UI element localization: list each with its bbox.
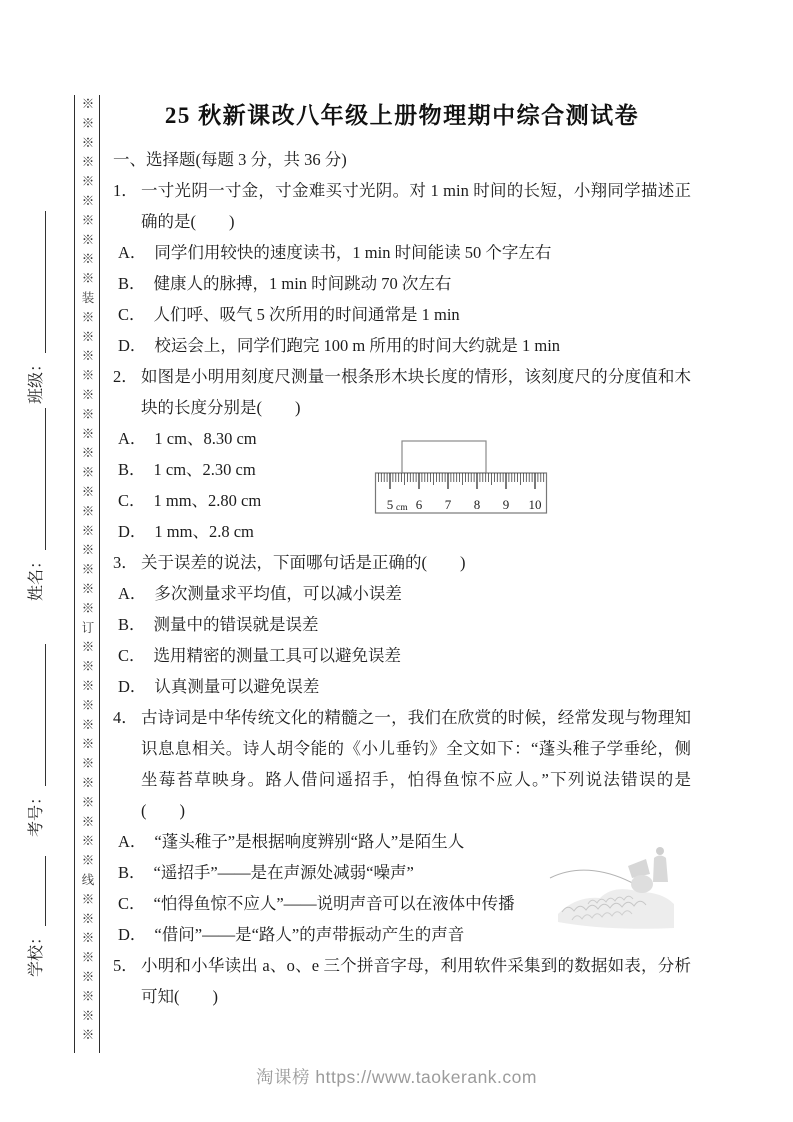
option-text: 1 cm、8.30 cm [154,429,256,448]
footer-watermark: 淘课榜 https://www.taokerank.com [0,1064,793,1089]
svg-text:9: 9 [503,497,510,512]
question-stem-row: 4．古诗词是中华传统文化的精髓之一，我们在欣赏的时候，经常发现与物理知识息息相关… [113,702,691,826]
option-letter: B． [118,460,146,479]
option-text: 选用精密的测量工具可以避免误差 [154,646,402,665]
options-list: A．“蓬头稚子”是根据响度辨别“路人”是陌生人B．“遥招手”——是在声源处减弱“… [118,826,691,950]
option-letter: A． [118,832,146,851]
option-text: 健康人的脉搏，1 min 时间跳动 70 次左右 [154,274,452,293]
question-stem: 关于误差的说法，下面哪句话是正确的( ) [141,547,691,578]
question-stem-row: 3．关于误差的说法，下面哪句话是正确的( ) [113,547,691,578]
exam-title: 25 秋新课改八年级上册物理期中综合测试卷 [113,100,691,131]
svg-text:cm: cm [396,503,408,513]
option-row: D．校运会上，同学们跑完 100 m 所用的时间大约就是 1 min [118,330,691,361]
question-number: 4． [113,702,141,826]
option-text: “借问”——是“路人”的声带振动产生的声音 [154,925,464,944]
option-letter: A． [118,584,146,603]
question-stem: 小明和小华读出 a、o、e 三个拼音字母，利用软件采集到的数据如表，分析可知( … [141,950,691,1012]
option-text: 校运会上，同学们跑完 100 m 所用的时间大约就是 1 min [154,336,560,355]
question-stem: 一寸光阴一寸金，寸金难买寸光阴。对 1 min 时间的长短，小翔同学描述正确的是… [141,175,691,237]
fill-in-blank-line [29,856,46,926]
option-letter: D． [118,925,146,944]
question-number: 5． [113,950,141,1012]
option-text: 认真测量可以避免误差 [154,677,319,696]
student-field: 学校： [26,856,46,977]
option-letter: D． [118,522,146,541]
option-letter: D． [118,336,146,355]
question-stem: 古诗词是中华传统文化的精髓之一，我们在欣赏的时候，经常发现与物理知识息息相关。诗… [141,702,691,826]
student-field: 班级： [26,211,46,404]
question-stem-row: 1．一寸光阴一寸金，寸金难买寸光阴。对 1 min 时间的长短，小翔同学描述正确… [113,175,691,237]
student-field-label: 考号： [23,789,46,837]
fill-in-blank-line [29,408,46,550]
option-text: 多次测量求平均值，可以减小误差 [154,584,402,603]
option-text: 测量中的错误就是误差 [154,615,319,634]
option-text: 同学们用较快的速度读书，1 min 时间能读 50 个字左右 [154,243,551,262]
question: 4．古诗词是中华传统文化的精髓之一，我们在欣赏的时候，经常发现与物理知识息息相关… [113,702,691,950]
svg-text:7: 7 [445,497,452,512]
option-letter: C． [118,894,146,913]
option-row: A．多次测量求平均值，可以减小误差 [118,578,691,609]
svg-text:10: 10 [529,497,542,512]
exam-paper: 25 秋新课改八年级上册物理期中综合测试卷 一、选择题(每题 3 分，共 36 … [113,100,691,1012]
ruler-figure: 5678910cm [374,437,552,522]
seal-line-text: ※※※※※※※※※※装※※※※※※※※※※※※※※※※订※※※※※※※※※※※※… [78,97,96,1053]
svg-text:8: 8 [474,497,481,512]
option-letter: C． [118,305,146,324]
question-stem-row: 2．如图是小明用刻度尺测量一根条形木块长度的情形，该刻度尺的分度值和木块的长度分… [113,361,691,423]
svg-text:5: 5 [387,497,394,512]
option-text: 1 cm、2.30 cm [154,460,256,479]
option-row: C．选用精密的测量工具可以避免误差 [118,640,691,671]
section-heading: 一、选择题(每题 3 分，共 36 分) [113,144,691,175]
student-field-label: 班级： [23,356,46,404]
option-row: B．健康人的脉搏，1 min 时间跳动 70 次左右 [118,268,691,299]
question-number: 3． [113,547,141,578]
option-text: “怕得鱼惊不应人”——说明声音可以在液体中传播 [154,894,515,913]
option-letter: B． [118,274,146,293]
option-row: A．同学们用较快的速度读书，1 min 时间能读 50 个字左右 [118,237,691,268]
student-field-label: 姓名： [23,553,46,601]
options-list: A．多次测量求平均值，可以减小误差B．测量中的错误就是误差C．选用精密的测量工具… [118,578,691,702]
fill-in-blank-line [29,211,46,353]
option-text: “蓬头稚子”是根据响度辨别“路人”是陌生人 [154,832,464,851]
seal-line-column: ※※※※※※※※※※装※※※※※※※※※※※※※※※※订※※※※※※※※※※※※… [74,95,100,1053]
svg-text:6: 6 [416,497,423,512]
question: 5．小明和小华读出 a、o、e 三个拼音字母，利用软件采集到的数据如表，分析可知… [113,950,691,1012]
option-letter: C． [118,646,146,665]
question-stem: 如图是小明用刻度尺测量一根条形木块长度的情形，该刻度尺的分度值和木块的长度分别是… [141,361,691,423]
question: 3．关于误差的说法，下面哪句话是正确的( )A．多次测量求平均值，可以减小误差B… [113,547,691,702]
student-field: 姓名： [26,408,46,601]
option-row: D．认真测量可以避免误差 [118,671,691,702]
question-number: 1． [113,175,141,237]
option-letter: B． [118,615,146,634]
option-text: 1 mm、2.80 cm [154,491,262,510]
questions: 1．一寸光阴一寸金，寸金难买寸光阴。对 1 min 时间的长短，小翔同学描述正确… [113,175,691,1012]
option-letter: D． [118,677,146,696]
option-letter: A． [118,243,146,262]
option-text: 人们呼、吸气 5 次所用的时间通常是 1 min [154,305,460,324]
question: 2．如图是小明用刻度尺测量一根条形木块长度的情形，该刻度尺的分度值和木块的长度分… [113,361,691,547]
option-text: “遥招手”——是在声源处减弱“噪声” [154,863,414,882]
option-row: C．人们呼、吸气 5 次所用的时间通常是 1 min [118,299,691,330]
option-letter: A． [118,429,146,448]
options-list: A．同学们用较快的速度读书，1 min 时间能读 50 个字左右B．健康人的脉搏… [118,237,691,361]
options-list: A．1 cm、8.30 cmB．1 cm、2.30 cmC．1 mm、2.80 … [118,423,691,547]
question: 1．一寸光阴一寸金，寸金难买寸光阴。对 1 min 时间的长短，小翔同学描述正确… [113,175,691,361]
question-number: 2． [113,361,141,423]
option-row: B．测量中的错误就是误差 [118,609,691,640]
student-field-label: 学校： [23,929,46,977]
option-letter: C． [118,491,146,510]
option-text: 1 mm、2.8 cm [154,522,253,541]
fishing-illustration [548,834,678,935]
option-letter: B． [118,863,146,882]
fill-in-blank-line [29,644,46,786]
question-stem-row: 5．小明和小华读出 a、o、e 三个拼音字母，利用软件采集到的数据如表，分析可知… [113,950,691,1012]
student-field: 考号： [26,644,46,837]
